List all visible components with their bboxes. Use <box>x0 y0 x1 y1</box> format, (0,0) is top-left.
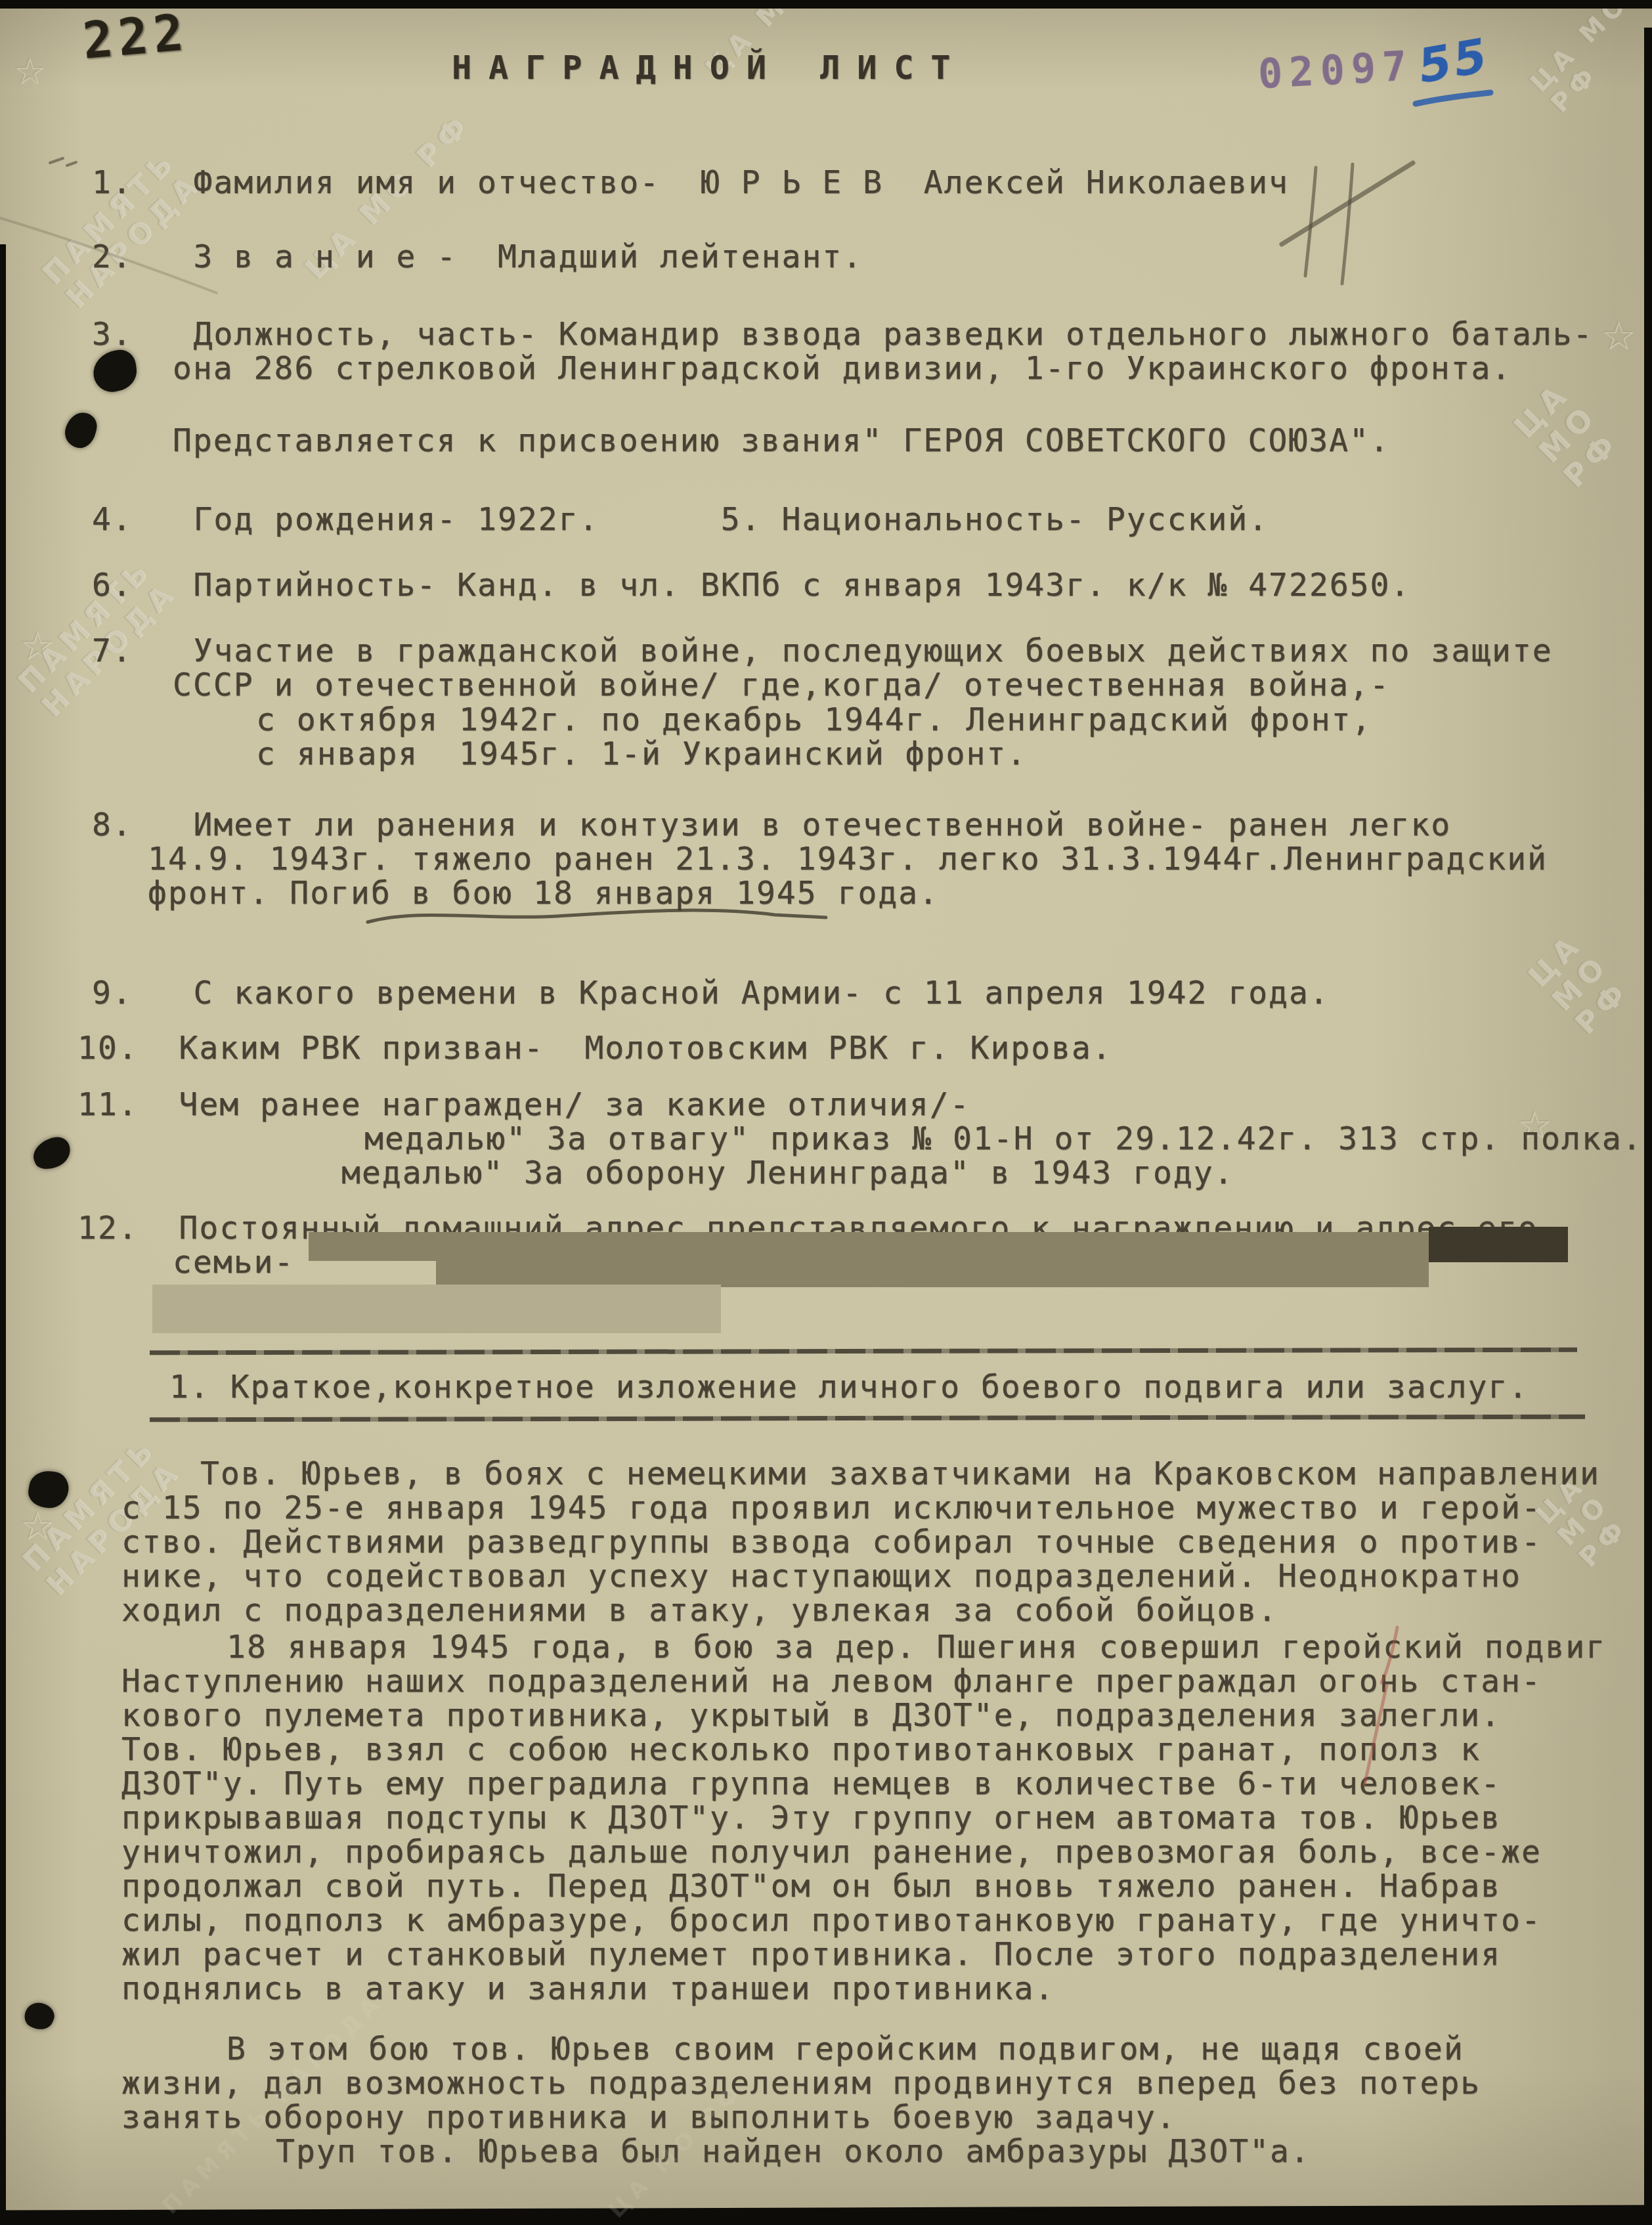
scan-edge-bottom <box>0 2203 1652 2225</box>
story-p1-line1: Тов. Юрьев, в боях с немецкими захватчик… <box>200 1457 1600 1491</box>
watermark-tsamo: ЦА МО РФ <box>1522 879 1652 1041</box>
document-title: НАГРАДНОЙ ЛИСТ <box>452 51 967 84</box>
ink-blob <box>29 1133 75 1173</box>
pen-underline-mark <box>1416 93 1490 104</box>
scan-edge-top <box>0 0 1652 9</box>
watermark-tsamo: ЦА МО РФ <box>1530 1422 1652 1573</box>
story-p1-line2: с 15 по 25-е января 1945 года проявил ис… <box>121 1491 1542 1525</box>
ink-blob <box>91 348 139 395</box>
story-p2-line10: жил расчет и станковый пулемет противник… <box>121 1937 1501 1972</box>
redaction-box <box>436 1261 1429 1287</box>
handwritten-number: 55 <box>1415 31 1493 90</box>
stamp-number: 02097 <box>1257 46 1415 95</box>
form-item-2: 2. З в а н и е - Младший лейтенант. <box>92 240 863 274</box>
watermark-tsamo: ЦА МО РФ <box>1525 0 1652 118</box>
story-p2-line5: ДЗОТ"у. Путь ему преградила группа немце… <box>121 1767 1501 1801</box>
redaction-box-dark <box>1429 1227 1568 1262</box>
watermark-star-icon: ☆ <box>13 51 46 93</box>
form-item-3-line2: она 286 стрелковой Ленинградской дивизии… <box>173 351 1511 386</box>
section-divider-top-rule <box>150 1348 1577 1355</box>
story-p1-line5: ходил с подразделениями в атаку, увлекая… <box>121 1593 1278 1627</box>
form-item-9: 9. С какого времени в Красной Армии- с 1… <box>92 976 1330 1010</box>
form-item-4-5: 4. Год рождения- 1922г. 5. Национальност… <box>92 502 1269 537</box>
pencil-underline-mark <box>368 910 826 922</box>
form-item-11-line2: медалью" За отвагу" приказ № 01-Н от 29.… <box>364 1122 1643 1156</box>
scan-edge-left <box>0 244 6 2225</box>
story-p1-line3: ство. Действиями разведгруппы взвода соб… <box>121 1525 1542 1559</box>
story-p2-line1: 18 января 1945 года, в бою за дер. Пшеги… <box>227 1630 1606 1664</box>
story-p2-line3: кового пулемета противника, укрытый в ДЗ… <box>121 1698 1501 1732</box>
page-number: 222 <box>81 7 190 66</box>
ink-blob <box>62 409 100 451</box>
story-p1-line4: нике, что содействовал успеху наступающи… <box>121 1559 1521 1593</box>
ink-blob <box>21 1998 58 2034</box>
form-item-7-line4: с января 1945г. 1-й Украинский фронт. <box>256 737 1027 771</box>
story-p3-line2: жизни, дал возможность подразделениям пр… <box>121 2066 1481 2100</box>
form-item-1: 1. Фамилия имя и отчество- Ю Р Ь Е В Але… <box>92 165 1289 200</box>
form-item-12-line2: семьи- <box>173 1245 294 1279</box>
redaction-box <box>309 1232 1429 1261</box>
redaction-box-light <box>152 1285 721 1333</box>
story-p2-line6: прикрывавшая подступы к ДЗОТ"у. Эту груп… <box>121 1801 1501 1835</box>
story-p2-line7: уничтожил, пробираясь дальше получил ран… <box>121 1835 1542 1869</box>
story-p4-line1: Труп тов. Юрьева был найден около амбраз… <box>276 2134 1311 2169</box>
document-page: 222 НАГРАДНОЙ ЛИСТ 02097 55 1. Фамилия и… <box>0 0 1652 2225</box>
story-p2-line8: продолжал свой путь. Перед ДЗОТ"ом он бы… <box>121 1869 1501 1903</box>
section-divider-bottom-rule <box>150 1415 1585 1422</box>
form-item-8-line2: 14.9. 1943г. тяжело ранен 21.3. 1943г. л… <box>148 842 1548 876</box>
story-p2-line4: Тов. Юрьев, взял с собою несколько проти… <box>121 1732 1481 1767</box>
form-item-7-line3: с октября 1942г. по декабрь 1944г. Ленин… <box>256 703 1372 737</box>
story-p2-line2: Наступлению наших подразделений на левом… <box>121 1664 1542 1698</box>
form-item-11-line1: 11. Чем ранее награжден/ за какие отличи… <box>77 1088 970 1122</box>
form-item-7-line2: СССР и отечественной войне/ где,когда/ о… <box>173 668 1390 702</box>
form-item-8-line3: фронт. Погиб в бою 18 января 1945 года. <box>148 876 939 910</box>
form-item-6: 6. Партийность- Канд. в чл. ВКПб с январ… <box>92 568 1410 602</box>
section-heading: 1. Краткое,конкретное изложение личного … <box>169 1370 1529 1404</box>
watermark-star-icon: ☆ <box>1601 314 1636 359</box>
story-p3-line1: В этом бою тов. Юрьев своим геройским по… <box>227 2032 1464 2066</box>
form-item-8-line1: 8. Имеет ли ранения и контузии в отечест… <box>92 808 1451 842</box>
story-p2-line9: силы, подполз к амбразуре, бросил против… <box>121 1903 1542 1937</box>
form-item-11-line3: медалью" За оборону Ленинграда" в 1943 г… <box>341 1156 1234 1190</box>
form-item-10: 10. Каким РВК призван- Молотовским РВК г… <box>77 1031 1112 1065</box>
form-submission-line: Представляется к присвоению звания" ГЕРО… <box>173 424 1390 458</box>
story-p2-line11: поднялись в атаку и заняли траншеи проти… <box>121 1972 1054 2006</box>
form-item-3-line1: 3. Должность, часть- Командир взвода раз… <box>92 317 1593 351</box>
scan-edge-right <box>1644 28 1652 2225</box>
form-item-7-line1: 7. Участие в гражданской войне, последую… <box>92 634 1553 668</box>
